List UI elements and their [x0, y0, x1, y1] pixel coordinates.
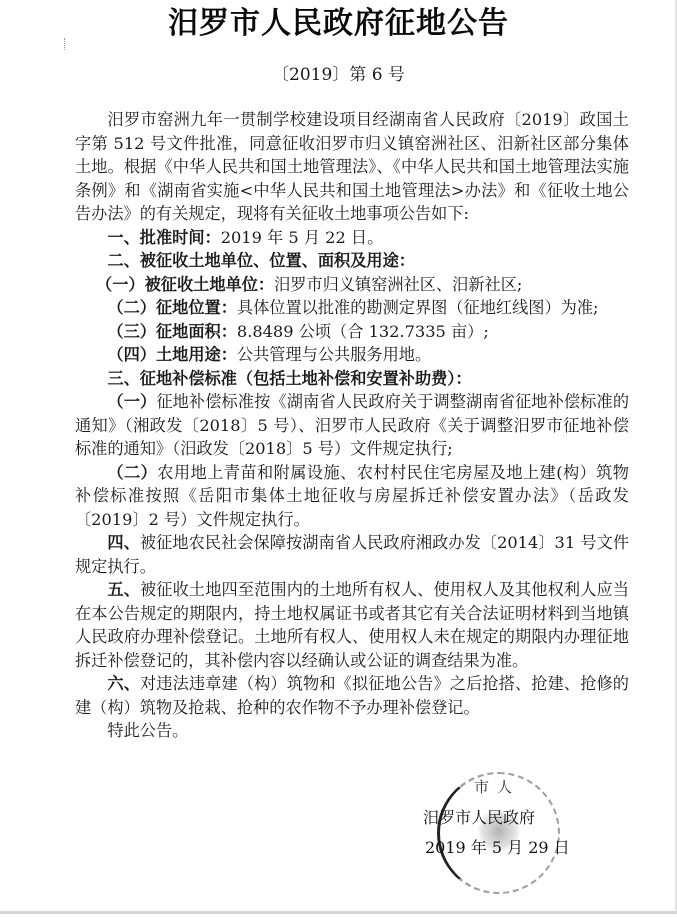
document-page: 汨罗市人民政府征地公告 〔2019〕第 6 号 汨罗市窑洲九年一贯制学校建设项目…	[0, 0, 677, 914]
document-title: 汨罗市人民政府征地公告	[0, 4, 677, 44]
document-body: 汨罗市窑洲九年一贯制学校建设项目经湖南省人民政府〔2019〕政国土字第 512 …	[75, 108, 629, 743]
section-1: 一、批准时间：2019 年 5 月 22 日。	[75, 226, 629, 250]
section-6-heading: 六、	[107, 674, 140, 693]
section-2-item-3-label: （三）征地面积：	[107, 322, 237, 341]
section-3-item-2-text: 农用地上青苗和附属设施、农村村民住宅房屋及地上建(构）筑物补偿标准按照《岳阳市集…	[75, 463, 629, 529]
section-2-item-3: （三）征地面积：8.8489 公顷（合 132.7335 亩）;	[75, 320, 629, 344]
section-2-heading: 二、被征收土地单位、位置、面积及用途：	[75, 249, 629, 273]
seal-text: 市人	[474, 776, 520, 797]
section-6: 六、对违法违章建（构）筑物和《拟征地公告》之后抢搭、抢建、抢修的建（构）筑物及抢…	[75, 672, 629, 719]
section-3-item-1-label: （一）	[107, 392, 156, 411]
section-2-item-2-label: （二）征地位置：	[107, 298, 237, 317]
section-2-item-2-text: 具体位置以批准的勘测定界图（征地红线图）为准;	[237, 298, 599, 317]
signature-date: 2019 年 5 月 29 日	[425, 836, 570, 860]
section-2-item-4-label: （四）土地用途：	[107, 345, 237, 364]
section-5: 五、被征收土地四至范围内的土地所有权人、使用权人及其他权利人应当在本公告规定的期…	[75, 578, 629, 672]
section-6-text: 对违法违章建（构）筑物和《拟征地公告》之后抢搭、抢建、抢修的建（构）筑物及抢栽、…	[75, 674, 629, 717]
closing-text: 特此公告。	[75, 719, 629, 743]
section-2-item-4-text: 公共管理与公共服务用地。	[237, 345, 431, 364]
section-4: 四、被征地农民社会保障按湖南省人民政府湘政办发〔2014〕31 号文件规定执行。	[75, 531, 629, 578]
intro-paragraph: 汨罗市窑洲九年一贯制学校建设项目经湖南省人民政府〔2019〕政国土字第 512 …	[75, 108, 629, 226]
section-3-item-1: （一）征地补偿标准按《湖南省人民政府关于调整湖南省征地补偿标准的通知》（湘政发〔…	[75, 390, 629, 461]
official-seal-stamp: 市人	[437, 772, 560, 894]
section-5-text: 被征收土地四至范围内的土地所有权人、使用权人及其他权利人应当在本公告规定的期限内…	[75, 580, 629, 670]
section-3-item-2-label: （二）	[107, 463, 157, 482]
section-5-heading: 五、	[107, 580, 140, 599]
section-2-item-1: （一）被征收土地单位：汨罗市归义镇窑洲社区、汨新社区;	[75, 273, 629, 297]
section-3-heading: 三、征地补偿标准（包括土地补偿和安置补助费）：	[75, 367, 629, 391]
section-2-item-4: （四）土地用途：公共管理与公共服务用地。	[75, 343, 629, 367]
section-2-item-1-text: 汨罗市归义镇窑洲社区、汨新社区;	[274, 275, 522, 294]
section-4-text: 被征地农民社会保障按湖南省人民政府湘政办发〔2014〕31 号文件规定执行。	[75, 533, 629, 576]
section-2-item-3-text: 8.8489 公顷（合 132.7335 亩）;	[237, 322, 489, 341]
section-2-item-1-label: （一）被征收土地单位：	[96, 275, 274, 294]
section-3-item-1-text: 征地补偿标准按《湖南省人民政府关于调整湖南省征地补偿标准的通知》（湘政发〔201…	[75, 392, 629, 458]
scan-artifact	[64, 38, 68, 50]
section-1-heading: 一、批准时间：	[107, 228, 220, 247]
signature-organization: 汨罗市人民政府	[423, 806, 535, 830]
section-3-item-2: （二）农用地上青苗和附属设施、农村村民住宅房屋及地上建(构）筑物补偿标准按照《岳…	[75, 461, 629, 532]
section-1-text: 2019 年 5 月 22 日。	[221, 228, 384, 247]
section-4-heading: 四、	[107, 533, 139, 552]
section-2-item-2: （二）征地位置：具体位置以批准的勘测定界图（征地红线图）为准;	[75, 296, 629, 320]
document-number: 〔2019〕第 6 号	[0, 63, 677, 87]
